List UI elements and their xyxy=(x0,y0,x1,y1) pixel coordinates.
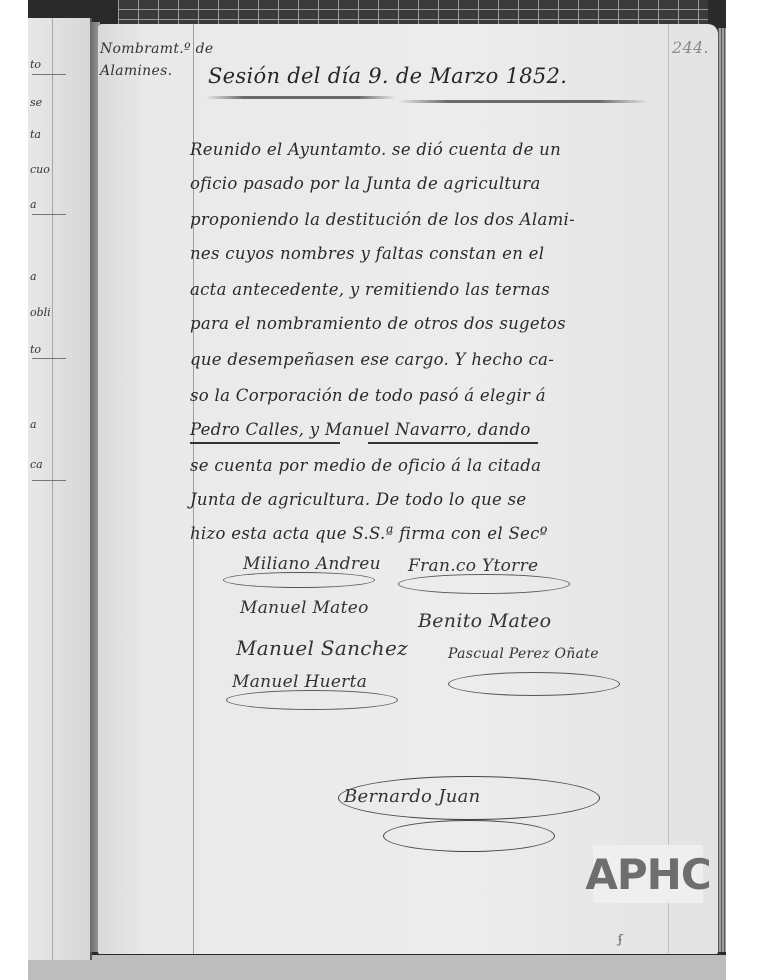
name-underline xyxy=(190,442,340,444)
body-line: hizo esta acta que S.S.ª firma con el Se… xyxy=(190,524,548,543)
signature: Manuel Huerta xyxy=(232,672,367,692)
signature-flourish xyxy=(223,572,375,588)
body-line: Pedro Calles, y Manuel Navarro, dando xyxy=(190,420,531,439)
manuscript-page: Nombramt.º de Alamines. 244. Sesión del … xyxy=(98,24,718,954)
session-heading: Sesión del día 9. de Marzo 1852. xyxy=(208,64,567,88)
signature: Pascual Perez Oñate xyxy=(448,646,599,662)
signature-flourish xyxy=(226,690,398,710)
left-page-rule xyxy=(32,74,66,75)
signature: Benito Mateo xyxy=(418,610,551,632)
body-line: que desempeñasen ese cargo. Y hecho ca- xyxy=(190,350,554,369)
body-line: para el nombramiento de otros dos sugeto… xyxy=(190,314,566,333)
secretary-flourish xyxy=(338,776,600,820)
page-number: 244. xyxy=(672,38,709,57)
archive-watermark: APHC xyxy=(593,845,703,903)
left-page-fragment: to xyxy=(30,58,41,71)
signature: Manuel Mateo xyxy=(240,598,369,618)
document-scan: to se ta cuo a a obli to a ca Nombramt.º… xyxy=(28,0,726,980)
left-facing-page: to se ta cuo a a obli to a ca xyxy=(28,18,92,960)
left-page-margin-line xyxy=(52,18,53,960)
left-page-fragment: a xyxy=(30,270,37,283)
right-margin-rule xyxy=(668,24,669,954)
signature-flourish xyxy=(448,672,620,696)
left-page-fragment: ta xyxy=(30,128,41,141)
left-page-rule xyxy=(32,214,66,215)
left-page-fragment: se xyxy=(30,96,42,109)
body-line: se cuenta por medio de oficio á la citad… xyxy=(190,456,541,475)
signature-flourish xyxy=(398,574,570,594)
signature: Fran.co Ytorre xyxy=(408,556,538,576)
heading-flourish xyxy=(206,96,396,99)
left-page-fragment: a xyxy=(30,198,37,211)
left-margin-rule xyxy=(193,24,194,954)
ink-blot: ʄ xyxy=(618,932,622,946)
left-page-rule xyxy=(32,358,66,359)
left-page-fragment: cuo xyxy=(30,163,50,176)
signature: Miliano Andreu xyxy=(243,554,381,574)
margin-note: Nombramt.º de Alamines. xyxy=(100,38,214,82)
secretary-flourish xyxy=(383,820,555,852)
body-line: oficio pasado por la Junta de agricultur… xyxy=(190,174,541,193)
body-line: acta antecedente, y remitiendo las terna… xyxy=(190,280,550,299)
body-line: proponiendo la destitución de los dos Al… xyxy=(190,210,575,229)
body-line: nes cuyos nombres y faltas constan en el xyxy=(190,244,544,263)
left-page-fragment: a xyxy=(30,418,37,431)
margin-note-line: Nombramt.º de xyxy=(100,38,214,60)
body-line: so la Corporación de todo pasó á elegir … xyxy=(190,386,546,405)
left-page-fragment: obli xyxy=(30,306,51,319)
body-line: Reunido el Ayuntamto. se dió cuenta de u… xyxy=(190,140,561,159)
left-page-fragment: to xyxy=(30,343,41,356)
left-page-rule xyxy=(32,480,66,481)
left-page-fragment: ca xyxy=(30,458,43,471)
heading-flourish xyxy=(398,100,648,103)
table-surface xyxy=(28,955,726,980)
body-line: Junta de agricultura. De todo lo que se xyxy=(190,490,526,509)
margin-note-line: Alamines. xyxy=(100,60,214,82)
name-underline xyxy=(368,442,538,444)
page-stack-edge xyxy=(718,28,726,952)
signature: Manuel Sanchez xyxy=(236,636,408,660)
